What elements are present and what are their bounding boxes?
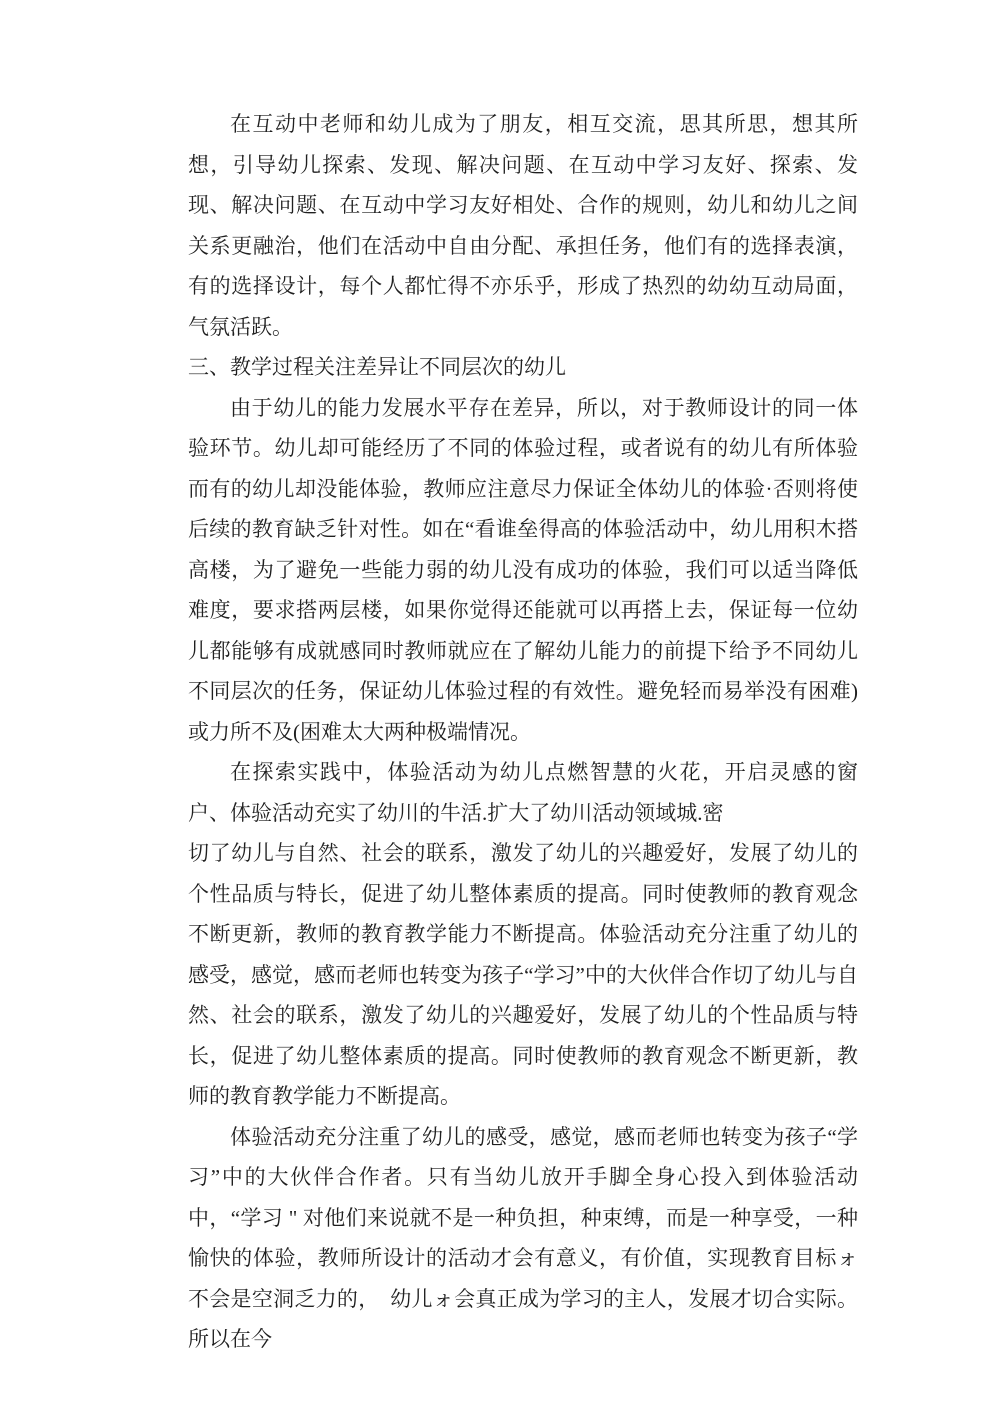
paragraph: 在互动中老师和幼儿成为了朋友，相互交流，思其所思，想其所想，引导幼儿探索、发现、… xyxy=(188,104,858,347)
document-page: 在互动中老师和幼儿成为了朋友，相互交流，思其所思，想其所想，引导幼儿探索、发现、… xyxy=(0,0,1000,1415)
document-body: 在互动中老师和幼儿成为了朋友，相互交流，思其所思，想其所想，引导幼儿探索、发现、… xyxy=(188,104,858,1360)
section-heading: 三、教学过程关注差异让不同层次的幼儿 xyxy=(188,347,858,388)
paragraph: 由于幼儿的能力发展水平存在差异，所以，对于教师设计的同一体验环节。幼儿却可能经历… xyxy=(188,388,858,753)
paragraph: 在探索实践中，体验活动为幼儿点燃智慧的火花，开启灵感的窗户、体验活动充实了幼川的… xyxy=(188,752,858,1117)
paragraph: 体验活动充分注重了幼儿的感受，感觉，感而老师也转变为孩子“学习”中的大伙伴合作者… xyxy=(188,1117,858,1360)
